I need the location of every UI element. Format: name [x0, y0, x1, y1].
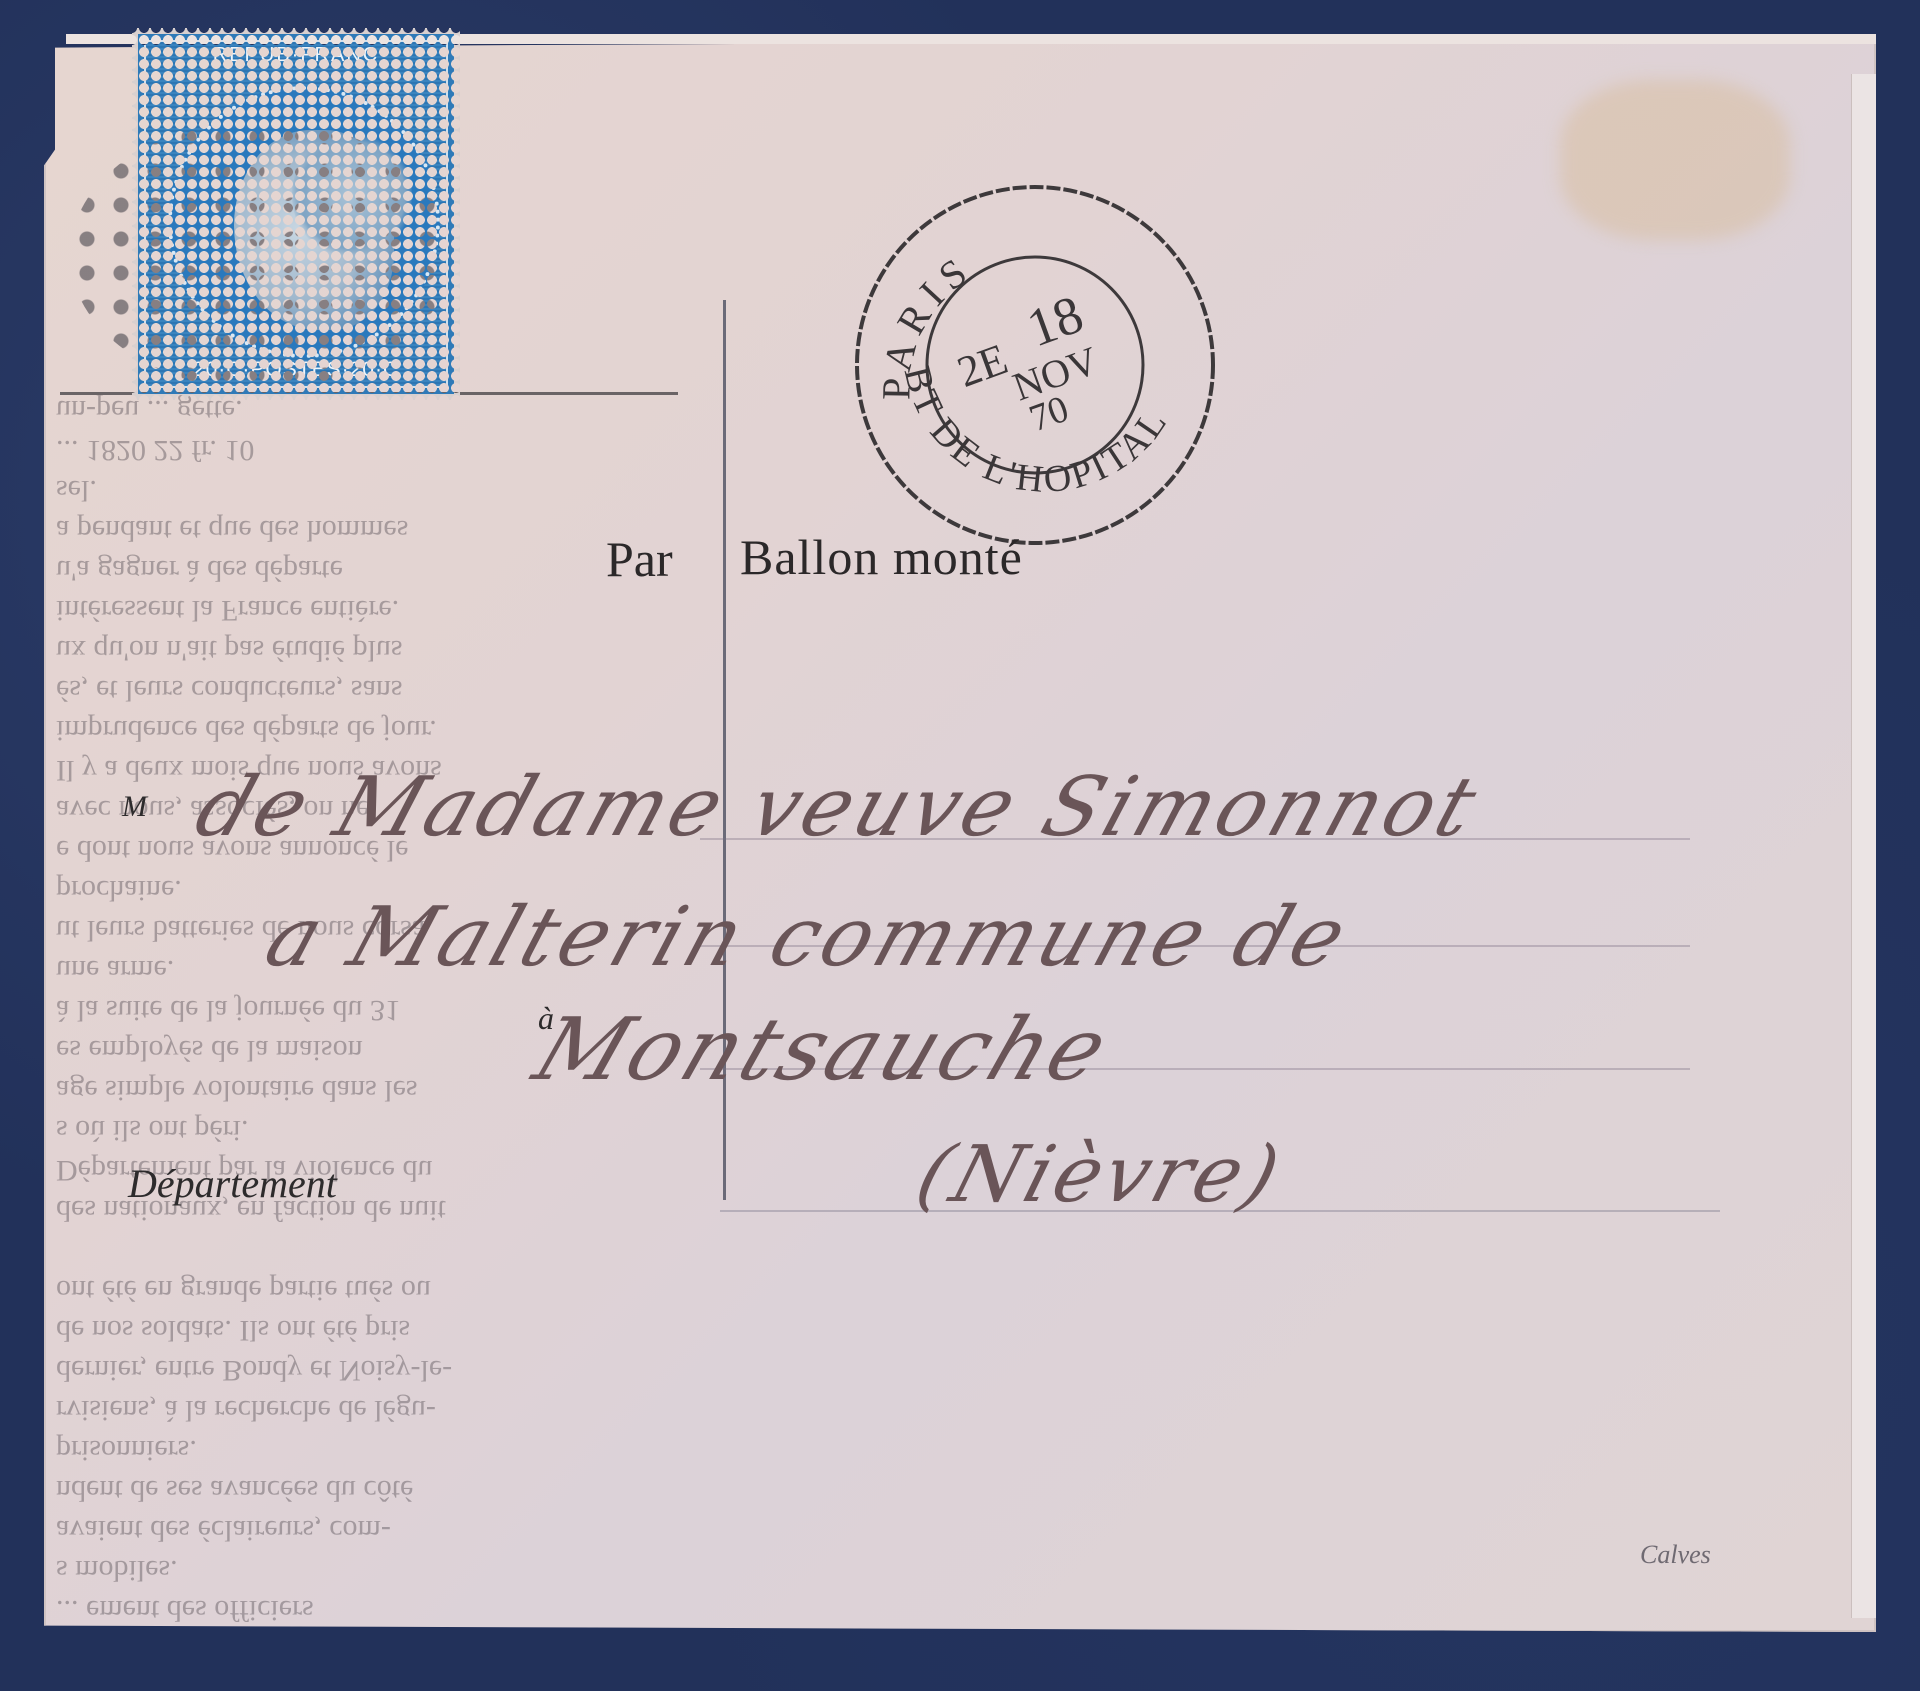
paris-datestamp: PARIS BT DE L'HOPITAL 2E 18 NOV 70	[850, 180, 1220, 550]
newspaper-line: ux qu'on n'ait pas étudié plus	[56, 630, 706, 670]
address-line-department: (Nièvre)	[907, 1130, 1293, 1220]
printed-departement: Département	[128, 1160, 337, 1207]
newspaper-line: és, et leurs conducteurs, sans	[56, 670, 706, 710]
newspaper-line: intéressent la France entière.	[56, 590, 706, 630]
newspaper-line: rvisiens, à la recherche de légu-	[56, 1390, 706, 1430]
address-line-locality: a Malterin commune de	[255, 890, 1362, 985]
stamp-medallion	[168, 86, 440, 358]
newspaper-line: avaient des éclaireurs, com-	[56, 1510, 706, 1550]
ceres-20c-stamp: REPUB·FRANC 20·C·POSTES·20·C	[132, 28, 460, 400]
printed-par: Par	[606, 530, 673, 588]
newspaper-line: de nos soldats. Ils ont été pris	[56, 1310, 706, 1350]
stamp-top-text: REPUB·FRANC	[146, 44, 446, 67]
newspaper-line: ont été en grande partie tués ou	[56, 1270, 706, 1310]
paper-stain	[1560, 80, 1790, 240]
address-line-recipient: de Madame veuve Simonnot	[185, 760, 1492, 855]
newspaper-line: dernier, entre Bondy et Noisy-le-	[56, 1350, 706, 1390]
newspaper-line: ... ement des officiers	[56, 1590, 706, 1630]
grape-wreath-icon	[292, 130, 412, 260]
newspaper-line: ndent de ses avancées du côté	[56, 1470, 706, 1510]
newspaper-line: prisonniers.	[56, 1430, 706, 1470]
newspaper-line: s mobiles.	[56, 1550, 706, 1590]
newspaper-line: imprudence des départs de jour.	[56, 710, 706, 750]
address-line-town: Montsauche	[522, 1000, 1123, 1100]
printed-m-prefix: M	[122, 790, 147, 824]
pencil-expert-mark: Calves	[1640, 1540, 1711, 1570]
newspaper-line: ... 1820 22 fr. 10	[56, 430, 706, 470]
stamp-frame: REPUB·FRANC 20·C·POSTES·20·C	[144, 40, 448, 388]
printed-ballon-monte: Ballon monté	[740, 528, 1023, 586]
paper-right-fold	[1851, 74, 1876, 1618]
stamp-bottom-text: 20·C·POSTES·20·C	[146, 358, 446, 382]
newspaper-line	[56, 1230, 706, 1270]
newspaper-line: s où ils ont péri.	[56, 1110, 706, 1150]
newspaper-line: sel.	[56, 470, 706, 510]
